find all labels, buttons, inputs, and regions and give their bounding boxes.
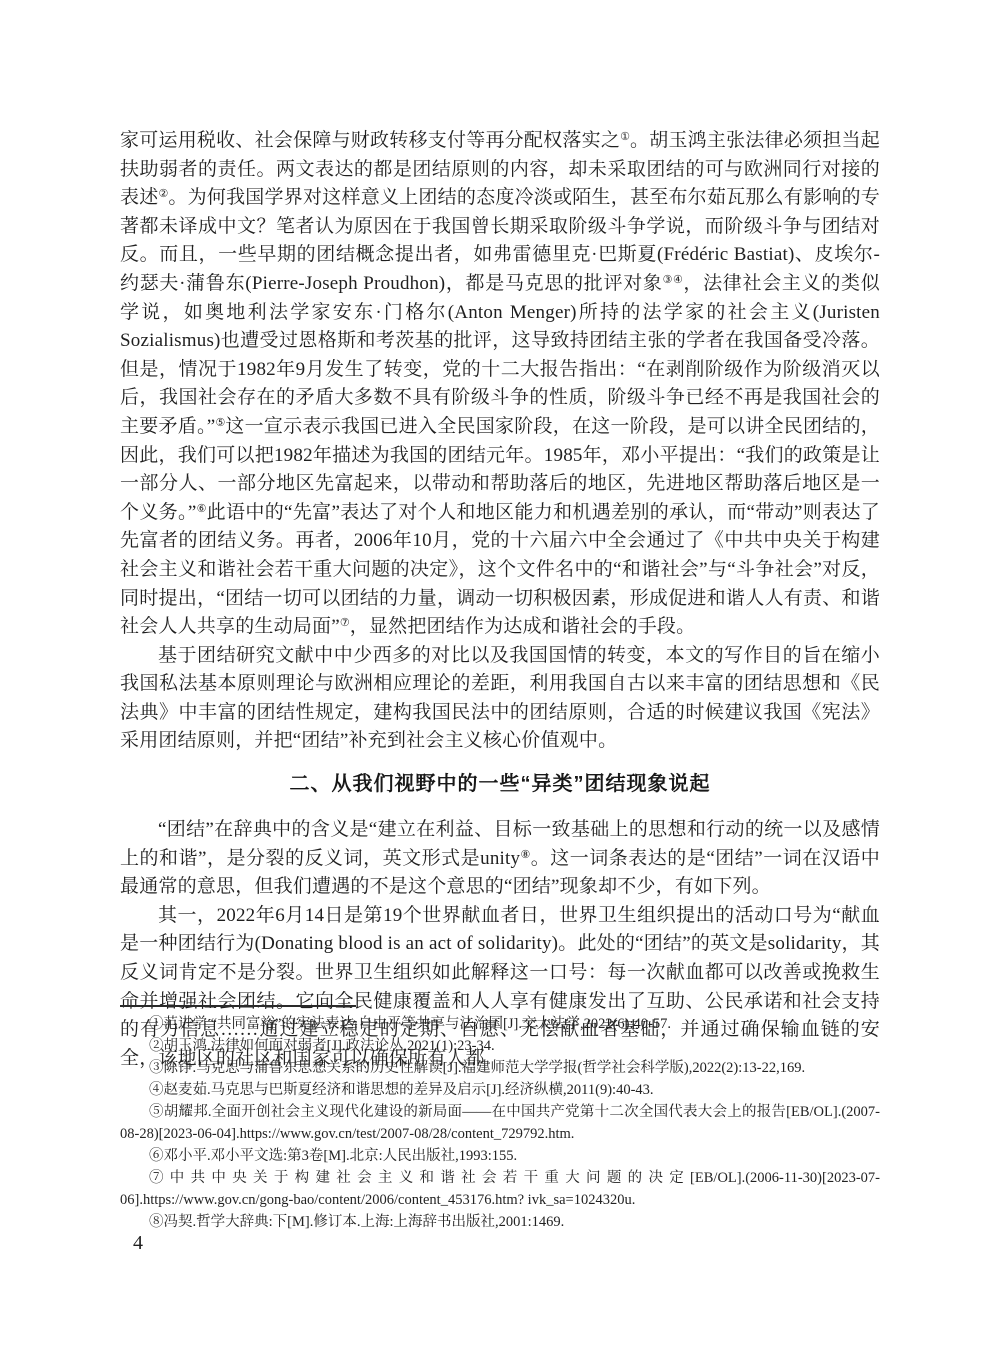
footnote-item: ⑧冯契.哲学大辞典:下[M].修订本.上海:上海辞书出版社,2001:1469. xyxy=(120,1211,880,1233)
footnote-item: ⑥邓小平.邓小平文选:第3卷[M].北京:人民出版社,1993:155. xyxy=(120,1145,880,1167)
footnote-ref: ⑦ xyxy=(340,617,350,629)
footnote-item: ①范进学.“共同富裕”的宪法表达:自由平等共享与法治国[J].交大法学,2022… xyxy=(120,1013,880,1035)
body-paragraph: 基于团结研究文献中中少西多的对比以及我国国情的转变，本文的写作目的旨在缩小我国私… xyxy=(120,642,880,756)
body-paragraph: “团结”在辞典中的含义是“建立在利益、目标一致基础上的思想和行动的统一以及感情上… xyxy=(120,816,880,902)
footnotes-section: ①范进学.“共同富裕”的宪法表达:自由平等共享与法治国[J].交大法学,2022… xyxy=(120,1013,880,1233)
footnote-ref: ③ xyxy=(663,274,673,286)
section-heading: 二、从我们视野中的一些“异类”团结现象说起 xyxy=(120,770,880,798)
footnote-item: ③陈铮.马克思与蒲鲁东思想关系的历史性解读[J].福建师范大学学报(哲学社会科学… xyxy=(120,1057,880,1079)
footnote-ref: ⑥ xyxy=(197,503,207,515)
footnote-ref: ② xyxy=(158,188,168,200)
footnote-separator xyxy=(120,1005,356,1007)
article-body: 家可运用税收、社会保障与财政转移支付等再分配权落实之①。胡玉鸿主张法律必须担当起… xyxy=(120,127,880,1073)
footnote-ref: ⑧ xyxy=(520,849,531,861)
footnote-item: ⑤胡耀邦.全面开创社会主义现代化建设的新局面——在中国共产党第十二次全国代表大会… xyxy=(120,1101,880,1145)
footnote-ref: ① xyxy=(620,131,630,143)
document-page: 家可运用税收、社会保障与财政转移支付等再分配权落实之①。胡玉鸿主张法律必须担当起… xyxy=(0,0,1000,1347)
footnote-item: ②胡玉鸿.法律如何面对弱者[J].政法论丛,2021(1):23-34. xyxy=(120,1035,880,1057)
footnote-item: ⑦中共中央关于构建社会主义和谐社会若干重大问题的决定[EB/OL].(2006-… xyxy=(120,1167,880,1211)
footnote-item: ④赵麦茹.马克思与巴斯夏经济和谐思想的差异及启示[J].经济纵横,2011(9)… xyxy=(120,1079,880,1101)
footnote-ref: ⑤ xyxy=(215,417,225,429)
body-paragraph: 家可运用税收、社会保障与财政转移支付等再分配权落实之①。胡玉鸿主张法律必须担当起… xyxy=(120,127,880,642)
page-number: 4 xyxy=(133,1230,143,1256)
footnote-ref: ④ xyxy=(673,274,683,286)
